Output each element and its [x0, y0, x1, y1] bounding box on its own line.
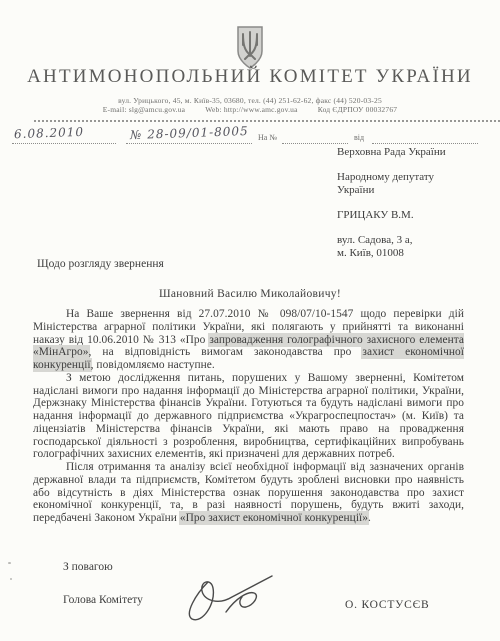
web-text: Web: http://www.amc.gov.ua: [205, 105, 297, 114]
incoming-date-underline: [372, 142, 478, 144]
scan-artifact: [10, 578, 12, 580]
incoming-date-label: від: [354, 133, 364, 142]
highlighted-text: «Про захист економічної конкуренції»: [180, 512, 368, 524]
scan-artifact: [8, 562, 11, 564]
letter-body: На Ваше звернення від 27.07.2010 № 098/0…: [33, 308, 464, 525]
recipient-line: Народному депутату: [337, 171, 446, 184]
paragraph: Після отримання та аналізу всієї необхід…: [33, 461, 464, 525]
organization-title: АНТИМОНОПОЛЬНИЙ КОМІТЕТ УКРАЇНИ: [0, 66, 500, 88]
paragraph-text: , на відповідність вимогам законодавства…: [89, 346, 363, 358]
organization-address: вул. Урицького, 45, м. Київ-35, 03680, т…: [0, 96, 500, 105]
recipient-entry: ГРИЦАКУ В.М.: [337, 209, 446, 222]
organization-contacts: E-mail: slg@amcu.gov.ua Web: http://www.…: [0, 105, 500, 114]
handwritten-signature: [172, 566, 292, 631]
recipient-line: України: [337, 184, 446, 197]
recipient-line: м. Київ, 01008: [337, 247, 446, 260]
edrpou-code: Код ЄДРПОУ 00032767: [318, 105, 398, 114]
recipient-line: Верховна Рада України: [337, 146, 446, 159]
recipient-block: Верховна Рада УкраїниНародному депутатуУ…: [337, 146, 446, 272]
recipient-line: ГРИЦАКУ В.М.: [337, 209, 446, 222]
handwritten-date: 6.08.2010: [14, 125, 85, 141]
incoming-number-underline: [282, 142, 348, 144]
paragraph: З метою дослідження питань, порушених у …: [33, 372, 464, 461]
scanned-letter-page: АНТИМОНОПОЛЬНИЙ КОМІТЕТ УКРАЇНИ вул. Ури…: [0, 0, 500, 641]
header-divider: [34, 120, 500, 122]
email-text: E-mail: slg@amcu.gov.ua: [103, 105, 185, 114]
closing-regards: З повагою: [63, 561, 113, 573]
subject-line: Щодо розгляду звернення: [37, 258, 164, 270]
paragraph: На Ваше звернення від 27.07.2010 № 098/0…: [33, 308, 464, 372]
recipient-entry: вул. Садова, 3 а,м. Київ, 01008: [337, 234, 446, 260]
recipient-entry: Верховна Рада України: [337, 146, 446, 159]
recipient-entry: Народному депутатуУкраїни: [337, 171, 446, 197]
paragraph-text: , повідомляємо наступне.: [91, 359, 215, 371]
paragraph-text: З метою дослідження питань, порушених у …: [33, 372, 464, 461]
handwritten-outgoing-number: № 28-09/01-8005: [130, 124, 249, 142]
paragraph-text: .: [368, 512, 371, 524]
number-underline: [126, 142, 252, 144]
salutation: Шановний Василю Миколайовичу!: [0, 288, 500, 300]
recipient-line: вул. Садова, 3 а,: [337, 234, 446, 247]
date-underline: [12, 142, 116, 144]
signer-name: О. КОСТУСЄВ: [345, 599, 429, 611]
signer-title: Голова Комітету: [63, 594, 143, 606]
incoming-number-label: На №: [258, 133, 277, 142]
